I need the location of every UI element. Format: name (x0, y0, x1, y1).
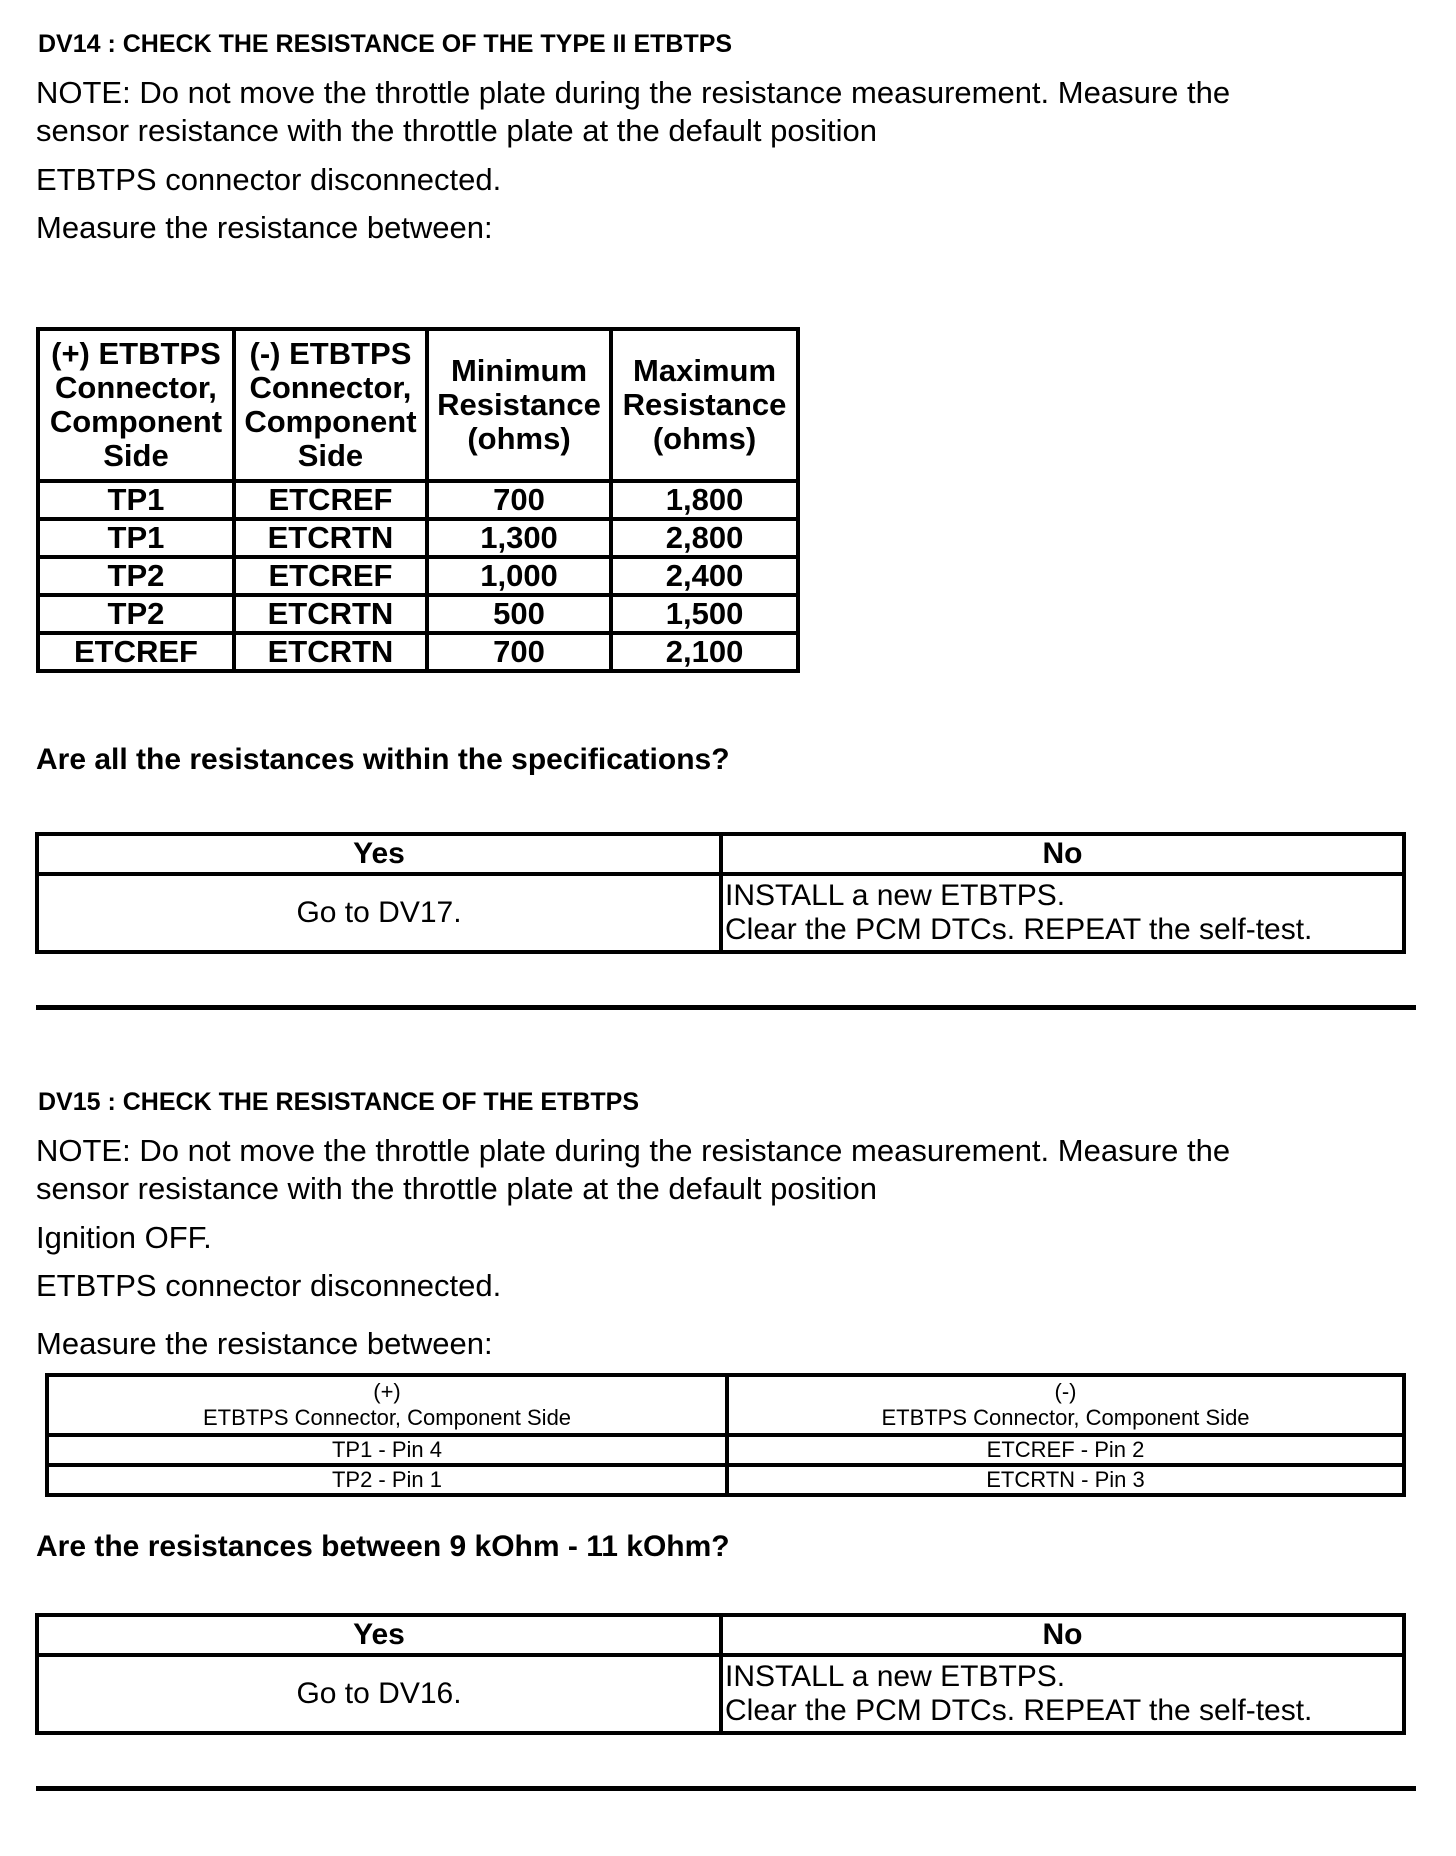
header-maximum-resistance: Maximum Resistance (ohms) (611, 329, 798, 481)
dv15-heading: DV15 : CHECK THE RESISTANCE OF THE ETBTP… (38, 1088, 639, 1117)
header-text: ETBTPS Connector, Component Side (729, 1405, 1402, 1431)
no-action-line-2: Clear the PCM DTCs. REPEAT the self-test… (725, 1694, 1402, 1728)
pin-table-header-row: (+) ETBTPS Connector, Component Side (-)… (47, 1375, 1404, 1435)
dv15-pin-table: (+) ETBTPS Connector, Component Side (-)… (45, 1373, 1406, 1497)
cell-min: 700 (427, 481, 611, 519)
no-action-line-1: INSTALL a new ETBTPS. (725, 1660, 1402, 1694)
dv14-decision-table: Yes No Go to DV17. INSTALL a new ETBTPS.… (35, 832, 1406, 954)
dv15-step-measure: Measure the resistance between: (36, 1325, 493, 1363)
dv15-note-line-2: sensor resistance with the throttle plat… (36, 1170, 877, 1208)
header-text: Component (236, 405, 425, 439)
cell-negative: ETCRTN (234, 595, 427, 633)
cell-max: 2,100 (611, 633, 798, 671)
dv15-step-ignition: Ignition OFF. (36, 1219, 212, 1257)
cell-positive: TP2 (38, 595, 234, 633)
cell-negative: ETCRTN - Pin 3 (727, 1465, 1404, 1495)
header-text: Side (236, 439, 425, 473)
cell-positive: TP2 (38, 557, 234, 595)
cell-min: 1,000 (427, 557, 611, 595)
dv14-resistance-spec-table: (+) ETBTPS Connector, Component Side (-)… (36, 327, 800, 673)
cell-positive: TP1 - Pin 4 (47, 1435, 727, 1465)
no-action: INSTALL a new ETBTPS. Clear the PCM DTCs… (721, 1655, 1404, 1733)
cell-negative: ETCRTN (234, 633, 427, 671)
cell-positive: TP2 - Pin 1 (47, 1465, 727, 1495)
dv14-note-line-1: NOTE: Do not move the throttle plate dur… (36, 74, 1230, 112)
no-header: No (721, 1615, 1404, 1655)
cell-negative: ETCREF - Pin 2 (727, 1435, 1404, 1465)
cell-max: 2,800 (611, 519, 798, 557)
header-text: Resistance (429, 388, 609, 422)
cell-min: 1,300 (427, 519, 611, 557)
cell-max: 1,500 (611, 595, 798, 633)
cell-max: 1,800 (611, 481, 798, 519)
dv15-note-line-1: NOTE: Do not move the throttle plate dur… (36, 1132, 1230, 1170)
yes-header: Yes (37, 834, 721, 874)
dv14-note-line-2: sensor resistance with the throttle plat… (36, 112, 877, 150)
header-text: Component (40, 405, 232, 439)
header-negative-connector: (-) ETBTPS Connector, Component Side (234, 329, 427, 481)
header-text: Connector, (236, 371, 425, 405)
header-text: (ohms) (429, 422, 609, 456)
section-divider (36, 1786, 1416, 1791)
header-text: Connector, (40, 371, 232, 405)
header-negative-connector: (-) ETBTPS Connector, Component Side (727, 1375, 1404, 1435)
dv14-step-measure: Measure the resistance between: (36, 209, 493, 247)
header-text: Side (40, 439, 232, 473)
cell-min: 700 (427, 633, 611, 671)
no-action: INSTALL a new ETBTPS. Clear the PCM DTCs… (721, 874, 1404, 952)
header-text: ETBTPS Connector, Component Side (49, 1405, 725, 1431)
header-positive-connector: (+) ETBTPS Connector, Component Side (38, 329, 234, 481)
cell-negative: ETCREF (234, 557, 427, 595)
table-row: TP2 ETCRTN 500 1,500 (38, 595, 798, 633)
dv15-decision-table: Yes No Go to DV16. INSTALL a new ETBTPS.… (35, 1613, 1406, 1735)
no-action-line-1: INSTALL a new ETBTPS. (725, 879, 1402, 913)
cell-max: 2,400 (611, 557, 798, 595)
header-text: (+) ETBTPS (40, 337, 232, 371)
table-row: TP1 ETCRTN 1,300 2,800 (38, 519, 798, 557)
dv15-step-connector: ETBTPS connector disconnected. (36, 1267, 501, 1305)
cell-positive: TP1 (38, 481, 234, 519)
header-text: (+) (49, 1379, 725, 1405)
header-text: (-) (729, 1379, 1402, 1405)
header-text: Maximum (613, 354, 796, 388)
table-row: TP2 ETCREF 1,000 2,400 (38, 557, 798, 595)
section-divider (36, 1005, 1416, 1010)
cell-min: 500 (427, 595, 611, 633)
yes-action-link[interactable]: Go to DV17. (37, 874, 721, 952)
table-row: ETCREF ETCRTN 700 2,100 (38, 633, 798, 671)
dv14-question: Are all the resistances within the speci… (36, 743, 730, 777)
yes-header: Yes (37, 1615, 721, 1655)
header-text: (ohms) (613, 422, 796, 456)
no-action-line-2: Clear the PCM DTCs. REPEAT the self-test… (725, 913, 1402, 947)
cell-negative: ETCRTN (234, 519, 427, 557)
dv15-question: Are the resistances between 9 kOhm - 11 … (36, 1530, 730, 1564)
dv14-step-connector: ETBTPS connector disconnected. (36, 161, 501, 199)
cell-negative: ETCREF (234, 481, 427, 519)
header-text: Resistance (613, 388, 796, 422)
spec-table-header-row: (+) ETBTPS Connector, Component Side (-)… (38, 329, 798, 481)
header-text: (-) ETBTPS (236, 337, 425, 371)
header-positive-connector: (+) ETBTPS Connector, Component Side (47, 1375, 727, 1435)
cell-positive: TP1 (38, 519, 234, 557)
table-row: TP1 - Pin 4 ETCREF - Pin 2 (47, 1435, 1404, 1465)
header-text: Minimum (429, 354, 609, 388)
cell-positive: ETCREF (38, 633, 234, 671)
yes-action-link[interactable]: Go to DV16. (37, 1655, 721, 1733)
no-header: No (721, 834, 1404, 874)
dv14-heading: DV14 : CHECK THE RESISTANCE OF THE TYPE … (38, 30, 732, 59)
table-row: TP2 - Pin 1 ETCRTN - Pin 3 (47, 1465, 1404, 1495)
header-minimum-resistance: Minimum Resistance (ohms) (427, 329, 611, 481)
table-row: TP1 ETCREF 700 1,800 (38, 481, 798, 519)
